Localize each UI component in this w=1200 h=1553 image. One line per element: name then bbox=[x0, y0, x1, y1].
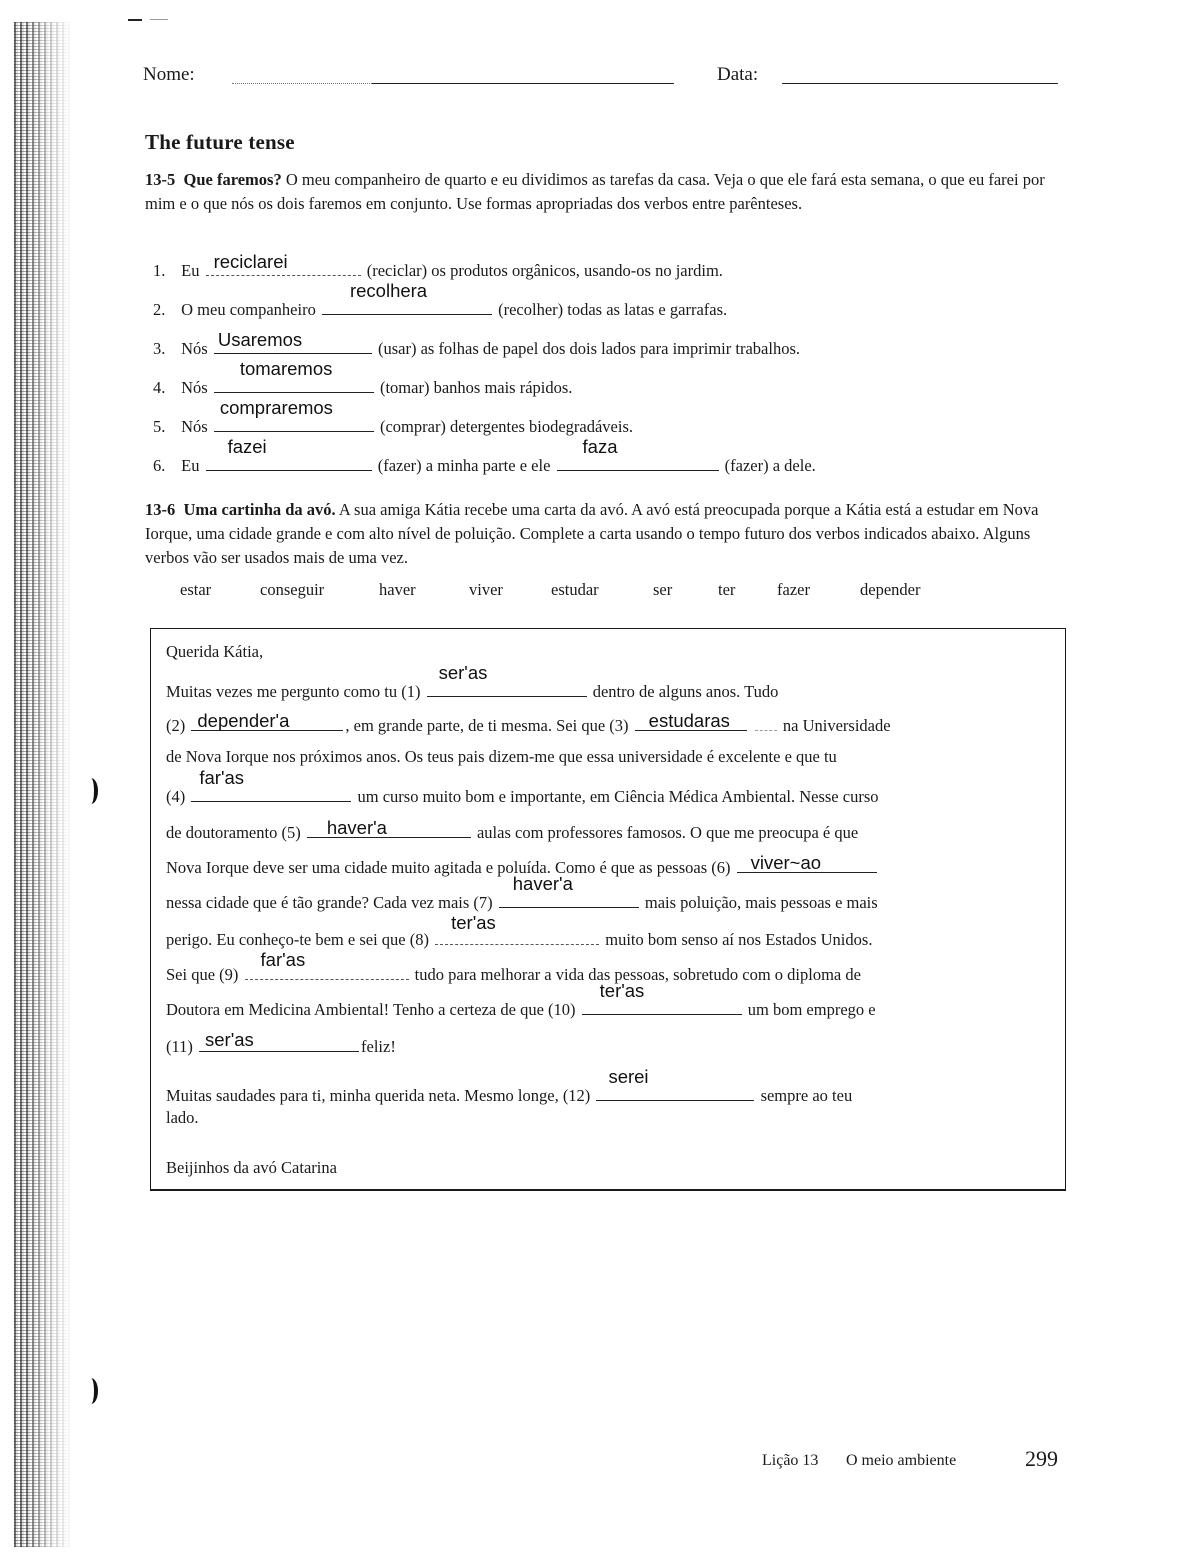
word-bank-item: fazer bbox=[777, 580, 810, 600]
answer-text: compraremos bbox=[220, 397, 333, 419]
letter-signature: Beijinhos da avó Catarina bbox=[166, 1158, 337, 1178]
answer-text: ter'as bbox=[451, 912, 496, 934]
name-field-dots bbox=[232, 83, 372, 84]
answer-blank-10[interactable]: ter'as bbox=[582, 996, 742, 1015]
word-bank-item: depender bbox=[860, 580, 920, 600]
answer-blank-12[interactable]: serei bbox=[596, 1082, 754, 1101]
word-bank-item: conseguir bbox=[260, 580, 324, 600]
answer-text: recolhera bbox=[350, 280, 427, 302]
scan-mark bbox=[150, 19, 168, 20]
word-bank-item: ter bbox=[718, 580, 735, 600]
answer-text: tomaremos bbox=[240, 358, 333, 380]
word-bank-item: estar bbox=[180, 580, 211, 600]
exercise-item: 2. O meu companheiro recolhera (recolher… bbox=[153, 296, 727, 320]
answer-text: serei bbox=[608, 1066, 648, 1088]
letter-line: de Nova Iorque nos próximos anos. Os teu… bbox=[166, 747, 837, 767]
letter-line: de doutoramento (5) haver'a aulas com pr… bbox=[166, 819, 858, 843]
word-bank-item: ser bbox=[653, 580, 672, 600]
exercise-item: 1. Eu reciclarei (reciclar) os produtos … bbox=[153, 257, 723, 281]
answer-text: ser'as bbox=[205, 1029, 254, 1051]
answer-text: fazei bbox=[228, 436, 267, 458]
letter-line: (11) ser'asfeliz! bbox=[166, 1033, 396, 1057]
exercise-13-6-instructions: 13-6 Uma cartinha da avó. A sua amiga Ká… bbox=[145, 498, 1055, 570]
answer-blank[interactable]: tomaremos bbox=[214, 374, 374, 393]
answer-text: Usaremos bbox=[218, 329, 302, 351]
letter-line: nessa cidade que é tão grande? Cada vez … bbox=[166, 889, 878, 913]
answer-blank[interactable]: faza bbox=[557, 452, 719, 471]
answer-text: ter'as bbox=[600, 980, 645, 1002]
word-bank-item: haver bbox=[379, 580, 416, 600]
answer-text: viver~ao bbox=[751, 852, 821, 874]
answer-blank-5[interactable]: haver'a bbox=[307, 819, 471, 838]
name-field[interactable] bbox=[372, 83, 674, 84]
exercise-item: 5. Nós compraremos (comprar) detergentes… bbox=[153, 413, 633, 437]
punch-hole-mark bbox=[84, 778, 98, 804]
answer-text: far'as bbox=[261, 949, 306, 971]
answer-blank-2[interactable]: depender'a bbox=[191, 712, 343, 731]
letter-line: (2) depender'a, em grande parte, de ti m… bbox=[166, 712, 891, 736]
exercise-13-5-instructions: 13-5 Que faremos? O meu companheiro de q… bbox=[145, 168, 1055, 216]
scan-edge-artifact bbox=[14, 22, 72, 1547]
exercise-item: 4. Nós tomaremos (tomar) banhos mais ráp… bbox=[153, 374, 572, 398]
word-bank-item: estudar bbox=[551, 580, 599, 600]
name-label: Nome: bbox=[143, 64, 195, 86]
answer-text: reciclarei bbox=[214, 251, 288, 273]
footer-chapter: O meio ambiente bbox=[846, 1452, 956, 1470]
letter-line: Doutora em Medicina Ambiental! Tenho a c… bbox=[166, 996, 876, 1020]
answer-blank-1[interactable]: ser'as bbox=[427, 678, 587, 697]
answer-text: depender'a bbox=[197, 710, 289, 732]
answer-blank-7[interactable]: haver'a bbox=[499, 889, 639, 908]
exercise-item: 3. Nós Usaremos (usar) as folhas de pape… bbox=[153, 335, 800, 359]
answer-text: ser'as bbox=[439, 662, 488, 684]
answer-text: estudaras bbox=[649, 710, 730, 732]
answer-text: far'as bbox=[199, 767, 244, 789]
section-title: The future tense bbox=[145, 130, 295, 155]
exercise-title: Que faremos? bbox=[184, 170, 282, 189]
exercise-number: 13-5 bbox=[145, 170, 175, 189]
letter-line: Muitas vezes me pergunto como tu (1) ser… bbox=[166, 678, 778, 702]
exercise-title: Uma cartinha da avó. bbox=[184, 500, 336, 519]
answer-blank[interactable]: Usaremos bbox=[214, 335, 372, 354]
letter-line: Sei que (9) far'as tudo para melhorar a … bbox=[166, 961, 861, 985]
date-field[interactable] bbox=[782, 83, 1058, 84]
answer-blank-9[interactable]: far'as bbox=[245, 961, 409, 980]
punch-hole-mark bbox=[84, 1378, 98, 1404]
answer-blank[interactable]: fazei bbox=[206, 452, 372, 471]
date-label: Data: bbox=[717, 64, 758, 86]
answer-blank[interactable]: reciclarei bbox=[206, 257, 361, 276]
answer-blank[interactable]: recolhera bbox=[322, 296, 492, 315]
exercise-number: 13-6 bbox=[145, 500, 175, 519]
letter-line: lado. bbox=[166, 1108, 199, 1128]
answer-blank[interactable]: compraremos bbox=[214, 413, 374, 432]
letter-line: perigo. Eu conheço-te bem e sei que (8) … bbox=[166, 926, 872, 950]
word-bank-item: viver bbox=[469, 580, 503, 600]
answer-blank-8[interactable]: ter'as bbox=[435, 926, 599, 945]
answer-blank-4[interactable]: far'as bbox=[191, 783, 351, 802]
answer-text: haver'a bbox=[327, 817, 387, 839]
scan-mark bbox=[128, 19, 142, 21]
letter-line: Muitas saudades para ti, minha querida n… bbox=[166, 1082, 852, 1106]
answer-text: haver'a bbox=[513, 873, 573, 895]
letter-greeting: Querida Kátia, bbox=[166, 642, 263, 662]
letter-line: (4) far'as um curso muito bom e importan… bbox=[166, 783, 879, 807]
footer-lesson: Lição 13 bbox=[762, 1452, 818, 1470]
answer-blank-6[interactable]: viver~ao bbox=[737, 854, 877, 873]
answer-text: faza bbox=[583, 436, 618, 458]
page-number: 299 bbox=[1025, 1446, 1058, 1472]
exercise-item: 6. Eu fazei (fazer) a minha parte e ele … bbox=[153, 452, 816, 476]
answer-blank-11[interactable]: ser'as bbox=[199, 1033, 359, 1052]
answer-blank-3[interactable]: estudaras bbox=[635, 712, 747, 731]
